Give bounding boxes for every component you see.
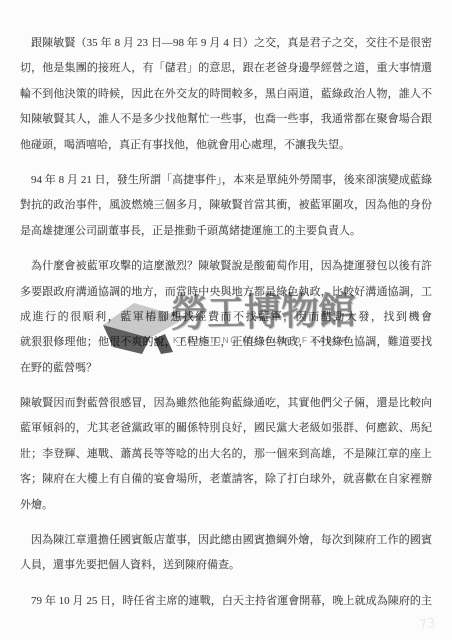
- paragraph: 為什麼會被藍軍攻擊的這麼激烈？陳敏賢說是酸葡萄作用，因為捷運發包以後有許 多要跟…: [20, 254, 432, 381]
- scanned-page: 跟陳敏賢（35 年 8 月 23 日—98 年 9 月 4 日）之交，真是君子之…: [0, 0, 452, 640]
- text-line: 陳敏賢因而對藍營很感冒，因為雖然他能夠藍綠通吃，其實他們父子倆，還是比較向: [20, 391, 432, 416]
- text-line: 79 年 10 月 25 日，時任省主席的連戰，白天主持省運會開幕，晚上就成為陳…: [20, 589, 432, 614]
- text-line: 94 年 8 月 21 日，發生所謂「高捷事件」，本來是單純外勞鬧事，後來卻演變…: [20, 168, 432, 193]
- text-line: 就狠狠修理他；他很不爽的說，工程施工，正值綠色執政，不找綠色協調，難道要找: [20, 330, 432, 355]
- text-line: 輪不到他決策的時候，因此在外交友的時間較多，黑白兩道，藍綠政治人物，誰人不: [20, 82, 432, 107]
- text-line: 為什麼會被藍軍攻擊的這麼激烈？陳敏賢說是酸葡萄作用，因為捷運發包以後有許: [20, 254, 432, 279]
- paragraph: 94 年 8 月 21 日，發生所謂「高捷事件」，本來是單純外勞鬧事，後來卻演變…: [20, 168, 432, 244]
- text-line: 人員，還事先要把個人資料，送到陳府備查。: [20, 553, 432, 578]
- document-text: 跟陳敏賢（35 年 8 月 23 日—98 年 9 月 4 日）之交，真是君子之…: [20, 31, 432, 624]
- text-line: 多要跟政府溝通協調的地方，而當時中央與地方都是綠色執政，比較好溝通協調，工: [20, 280, 432, 305]
- text-line: 對抗的政治事件，風波燃燒三個多月，陳敏賢首當其衝，被藍軍圍攻，因為他的身份: [20, 193, 432, 218]
- paragraph: 陳敏賢因而對藍營很感冒，因為雖然他能夠藍綠通吃，其實他們父子倆，還是比較向 藍軍…: [20, 391, 432, 518]
- paragraph: 跟陳敏賢（35 年 8 月 23 日—98 年 9 月 4 日）之交，真是君子之…: [20, 31, 432, 158]
- paragraph: 79 年 10 月 25 日，時任省主席的連戰，白天主持省運會開幕，晚上就成為陳…: [20, 589, 432, 614]
- text-line: 知陳敏賢其人，誰人不是多少找他幫忙一些事，也喬一些事，我通常都在聚會場合跟: [20, 107, 432, 132]
- text-line: 藍軍傾斜的，尤其老爸黨政軍的關係特別良好，國民黨大老級如張群、何應欽、馬紀: [20, 416, 432, 441]
- text-line: 是高雄捷運公司副董事長，正是推動千頭萬緒捷運施工的主要負責人。: [20, 219, 432, 244]
- text-line: 他碰頭，喝酒嘻哈，真正有事找他，他就會用心處理，不讓我失望。: [20, 133, 432, 158]
- text-line: 客；陳府在大樓上有自備的宴會場所，老董請客，除了打白球外，就喜歡在自家裡辦: [20, 467, 432, 492]
- text-line: 因為陳江章還擔任國賓飯店董事，因此總由國賓擔綱外燴，每次到陳府工作的國賓: [20, 528, 432, 553]
- paragraph: 因為陳江章還擔任國賓飯店董事，因此總由國賓擔綱外燴，每次到陳府工作的國賓 人員，…: [20, 528, 432, 579]
- text-line: 壯；李登輝、連戰、蕭萬長等等唸的出大名的，那一個來到高雄，不是陳江章的座上: [20, 442, 432, 467]
- text-line: 在野的藍營嗎？: [20, 356, 432, 381]
- text-line: 成進行的很順利，藍軍樁腳想找經費而不找藍軍，因而醋勁大發，找到機會: [20, 305, 432, 330]
- text-line: 切，他是集團的接班人，有「儲君」的意思，跟在老爸身邊學經營之道，重大事情還: [20, 56, 432, 81]
- text-line: 跟陳敏賢（35 年 8 月 23 日—98 年 9 月 4 日）之交，真是君子之…: [20, 31, 432, 56]
- text-line: 外燴。: [20, 493, 432, 518]
- page-number: 73: [418, 616, 436, 633]
